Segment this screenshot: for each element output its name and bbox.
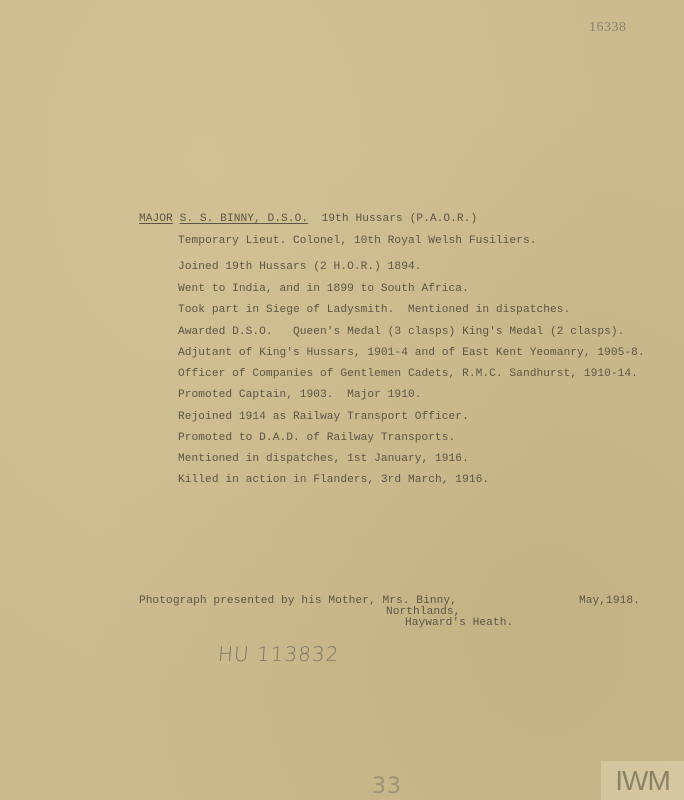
heading-line: MAJOR S. S. BINNY, D.S.O. 19th Hussars (… [139,214,477,225]
rank: MAJOR [139,213,173,225]
document-date: May,1918. [579,596,640,607]
service-line: Took part in Siege of Ladysmith. Mention… [178,305,570,316]
archival-document-page: 16338 MAJOR S. S. BINNY, D.S.O. 19th Hus… [0,0,684,800]
handwritten-page-number: 33 [372,774,402,799]
regiment: 19th Hussars (P.A.O.R.) [322,213,478,225]
service-line: Killed in action in Flanders, 3rd March,… [178,475,489,486]
service-line: Adjutant of King's Hussars, 1901-4 and o… [178,348,645,359]
service-line: Rejoined 1914 as Railway Transport Offic… [178,412,469,423]
reference-number: 16338 [589,20,627,36]
handwritten-catalogue-number: HU 113832 [217,642,340,666]
iwm-watermark-logo: IWM [601,761,684,800]
service-line: Promoted Captain, 1903. Major 1910. [178,390,422,401]
service-line: Mentioned in dispatches, 1st January, 19… [178,454,469,465]
service-line: Promoted to D.A.D. of Railway Transports… [178,433,455,444]
officer-name: S. S. BINNY, D.S.O. [180,213,309,225]
service-line: Awarded D.S.O. Queen's Medal (3 clasps) … [178,327,624,338]
service-line: Joined 19th Hussars (2 H.O.R.) 1894. [178,262,422,273]
service-line: Officer of Companies of Gentlemen Cadets… [178,369,638,380]
service-line: Temporary Lieut. Colonel, 10th Royal Wel… [178,236,536,247]
service-line: Went to India, and in 1899 to South Afri… [178,284,469,295]
address-line: Hayward's Heath. [405,618,513,629]
